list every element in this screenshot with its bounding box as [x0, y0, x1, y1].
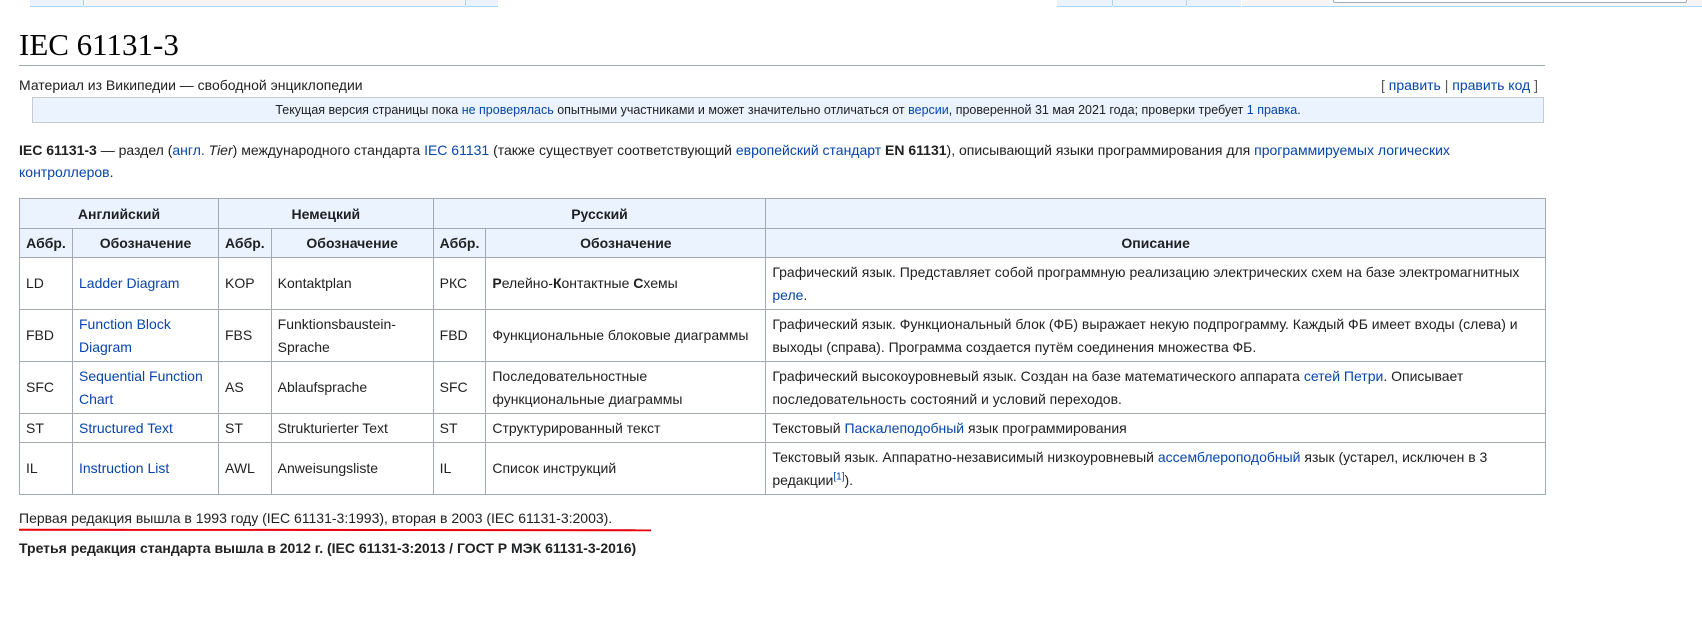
description: Текстовый Паскалеподобный язык программи… — [766, 414, 1546, 443]
table-row: LD Ladder Diagram KOP Kontaktplan РКС Ре… — [20, 258, 1546, 310]
en-abbr: ST — [20, 414, 73, 443]
de-name: Ablaufsprache — [271, 362, 433, 414]
ru-abbr: SFC — [433, 362, 486, 414]
header-german: Немецкий — [219, 199, 434, 229]
initial: С — [633, 275, 643, 291]
header-name: Обозначение — [486, 229, 766, 258]
text: ) международного стандарта — [233, 142, 424, 158]
notice-text: , проверенной 31 мая 2021 года; проверки… — [949, 103, 1247, 117]
en-name-link[interactable]: Instruction List — [79, 460, 169, 476]
text: Текстовый — [772, 420, 844, 436]
header-abbr: Аббр. — [20, 229, 73, 258]
de-abbr: AS — [219, 362, 272, 414]
notice-text: Текущая версия страницы пока — [275, 103, 461, 117]
en-abbr: LD — [20, 258, 73, 310]
description: Текстовый язык. Аппаратно-независимый ни… — [766, 443, 1546, 495]
text: язык программирования — [964, 420, 1127, 436]
tab-article[interactable] — [30, 0, 83, 7]
en-abbr: IL — [20, 443, 73, 495]
text: . — [803, 287, 807, 303]
ru-abbr: FBD — [433, 310, 486, 362]
edit-link[interactable]: править — [1389, 77, 1441, 93]
edit-source-link[interactable]: править код — [1452, 77, 1530, 93]
review-notice: Текущая версия страницы пока не проверял… — [32, 97, 1544, 123]
not-reviewed-link[interactable]: не проверялась — [462, 103, 554, 117]
separator: | — [1445, 77, 1449, 93]
notice-text: опытными участниками и может значительно… — [554, 103, 908, 117]
tab-read[interactable] — [1057, 0, 1112, 7]
bracket-close: ] — [1534, 77, 1538, 93]
ru-name: Список инструкций — [486, 443, 766, 495]
site-subtitle: Материал из Википедии — свободной энцикл… — [19, 77, 363, 93]
search-input[interactable] — [1333, 0, 1687, 3]
pascal-like-link[interactable]: Паскалеподобный — [844, 420, 964, 436]
european-standard-link[interactable]: европейский стандарт — [736, 142, 881, 158]
tab-edit[interactable] — [1113, 0, 1186, 7]
text: — раздел ( — [97, 142, 173, 158]
ru-abbr: РКС — [433, 258, 486, 310]
table-row: ST Structured Text ST Strukturierter Tex… — [20, 414, 1546, 443]
text: (также существует соответствующий — [489, 142, 736, 158]
de-abbr: FBS — [219, 310, 272, 362]
description: Графический высокоуровневый язык. Создан… — [766, 362, 1546, 414]
version-link[interactable]: версии — [908, 103, 949, 117]
de-name: Funktionsbaustein-Sprache — [271, 310, 433, 362]
page-title: IEC 61131-3 — [19, 27, 179, 63]
description: Графический язык. Функциональный блок (Ф… — [766, 310, 1546, 362]
text: ), описывающий языки программирования дл… — [947, 142, 1255, 158]
notice-text: . — [1297, 103, 1300, 117]
ru-name: Последовательностные функциональные диаг… — [486, 362, 766, 414]
text: ). — [844, 472, 853, 488]
initial: К — [553, 275, 562, 291]
en-name-link[interactable]: Ladder Diagram — [79, 275, 179, 291]
bracket-open: [ — [1381, 77, 1385, 93]
languages-table: Английский Немецкий Русский Аббр. Обозна… — [19, 198, 1546, 495]
iec-61131-link[interactable]: IEC 61131 — [424, 142, 489, 158]
text: . — [110, 164, 114, 180]
ru-name: Структурированный текст — [486, 414, 766, 443]
ru-abbr: ST — [433, 414, 486, 443]
pending-edits-link[interactable]: 1 правка — [1247, 103, 1297, 117]
text: онтактные — [562, 275, 634, 291]
header-abbr: Аббр. — [219, 229, 272, 258]
lang-link[interactable]: англ. — [172, 142, 204, 158]
de-abbr: ST — [219, 414, 272, 443]
table-group-header-row: Английский Немецкий Русский — [20, 199, 1546, 229]
text: хемы — [643, 275, 677, 291]
text: Графический язык. Представляет собой про… — [772, 264, 1519, 280]
term-bold: IEC 61131-3 — [19, 142, 97, 158]
de-name: Strukturierter Text — [271, 414, 433, 443]
header-name: Обозначение — [271, 229, 433, 258]
ru-name: Релейно-Контактные Схемы — [486, 258, 766, 310]
relay-link[interactable]: реле — [772, 287, 803, 303]
de-name: Anweisungsliste — [271, 443, 433, 495]
top-tab-strip — [0, 0, 1702, 7]
en-abbr: FBD — [20, 310, 73, 362]
table-row: FBD Function Block Diagram FBS Funktions… — [20, 310, 1546, 362]
de-abbr: KOP — [219, 258, 272, 310]
first-edition-paragraph: Первая редакция вышла в 1993 году (IEC 6… — [19, 510, 612, 526]
assembler-like-link[interactable]: ассемблероподобный — [1158, 449, 1301, 465]
de-name: Kontaktplan — [271, 258, 433, 310]
title-divider — [19, 65, 1545, 66]
header-russian: Русский — [433, 199, 766, 229]
italic-term: Tier — [209, 142, 233, 158]
annotation-underline — [19, 529, 651, 532]
en-name-link[interactable]: Structured Text — [79, 420, 173, 436]
edit-links: [ править | править код ] — [1381, 77, 1538, 93]
en-name-link[interactable]: Sequential Function Chart — [79, 368, 203, 407]
text: Графический высокоуровневый язык. Создан… — [772, 368, 1303, 384]
tab-extra[interactable] — [466, 0, 498, 7]
ru-name: Функциональные блоковые диаграммы — [486, 310, 766, 362]
ru-abbr: IL — [433, 443, 486, 495]
header-name: Обозначение — [73, 229, 219, 258]
header-english: Английский — [20, 199, 219, 229]
table-row: IL Instruction List AWL Anweisungsliste … — [20, 443, 1546, 495]
text: елейно- — [502, 275, 553, 291]
en-abbr: SFC — [20, 362, 73, 414]
header-abbr: Аббр. — [433, 229, 486, 258]
de-abbr: AWL — [219, 443, 272, 495]
table-sub-header-row: Аббр. Обозначение Аббр. Обозначение Аббр… — [20, 229, 1546, 258]
initial: Р — [492, 275, 501, 291]
petri-nets-link[interactable]: сетей Петри — [1304, 368, 1383, 384]
tab-history[interactable] — [1187, 0, 1241, 7]
text: Текстовый язык. Аппаратно-независимый ни… — [772, 449, 1158, 465]
intro-paragraph: IEC 61131-3 — раздел (англ. Tier) междун… — [19, 139, 1545, 183]
header-blank — [766, 199, 1546, 229]
third-edition-paragraph: Третья редакция стандарта вышла в 2012 г… — [19, 540, 636, 556]
reference-link[interactable]: [1] — [833, 471, 844, 482]
table-row: SFC Sequential Function Chart AS Ablaufs… — [20, 362, 1546, 414]
en-name-link[interactable]: Function Block Diagram — [79, 316, 171, 355]
en-bold: EN 61131 — [885, 142, 947, 158]
header-description: Описание — [766, 229, 1546, 258]
tab-talk[interactable] — [84, 0, 465, 7]
description: Графический язык. Представляет собой про… — [766, 258, 1546, 310]
